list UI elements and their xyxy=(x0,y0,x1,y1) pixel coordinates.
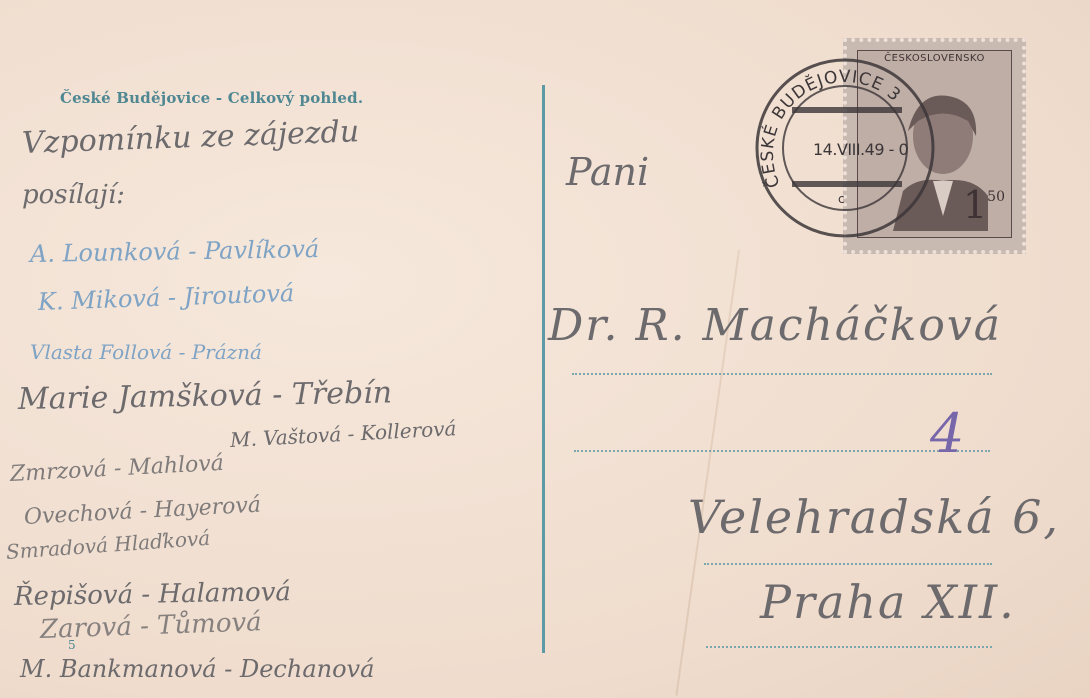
message-line: posílají: xyxy=(22,180,125,210)
address-district: 4 xyxy=(930,402,964,465)
postmark-town: ČESKÉ BUDĚJOVICE 3 xyxy=(758,67,905,191)
message-line: Vzpomínku ze zájezdu xyxy=(21,114,359,161)
message-line: Zmrzová - Mahlová xyxy=(9,451,224,487)
svg-text:ČESKÉ BUDĚJOVICE 3: ČESKÉ BUDĚJOVICE 3 xyxy=(758,67,905,191)
stamp-value: 150 xyxy=(963,183,1005,227)
message-line: K. Miková - Jiroutová xyxy=(38,279,295,316)
page-number: 5 xyxy=(68,638,76,652)
message-line: A. Lounková - Pavlíková xyxy=(30,235,320,268)
address-line xyxy=(706,646,992,648)
address-line xyxy=(574,450,990,452)
address-line xyxy=(572,373,992,375)
printed-caption: České Budějovice - Celkový pohled. xyxy=(60,89,363,107)
address-street: Velehradská 6, xyxy=(688,490,1060,544)
message-line: Vlasta Follová - Prázná xyxy=(30,340,262,364)
address-name: Dr. R. Macháčková xyxy=(548,300,1002,351)
postcard-back: České Budějovice - Celkový pohled. Vzpom… xyxy=(0,0,1090,698)
address-city: Praha XII. xyxy=(760,575,1016,629)
center-divider xyxy=(542,85,545,653)
address-line xyxy=(704,563,992,565)
message-line: Ovechová - Hayerová xyxy=(23,493,261,530)
address-salutation: Pani xyxy=(566,150,649,194)
postmark-sub: c xyxy=(838,192,845,206)
message-line: Smradová Hlaďková xyxy=(5,526,211,564)
message-line: Marie Jamšková - Třebín xyxy=(18,375,393,417)
message-line: M. Bankmanová - Dechanová xyxy=(20,655,374,683)
message-line: M. Vaštová - Kollerová xyxy=(229,416,457,452)
postmark-date: 14.VIII.49 - 0 xyxy=(813,140,908,159)
